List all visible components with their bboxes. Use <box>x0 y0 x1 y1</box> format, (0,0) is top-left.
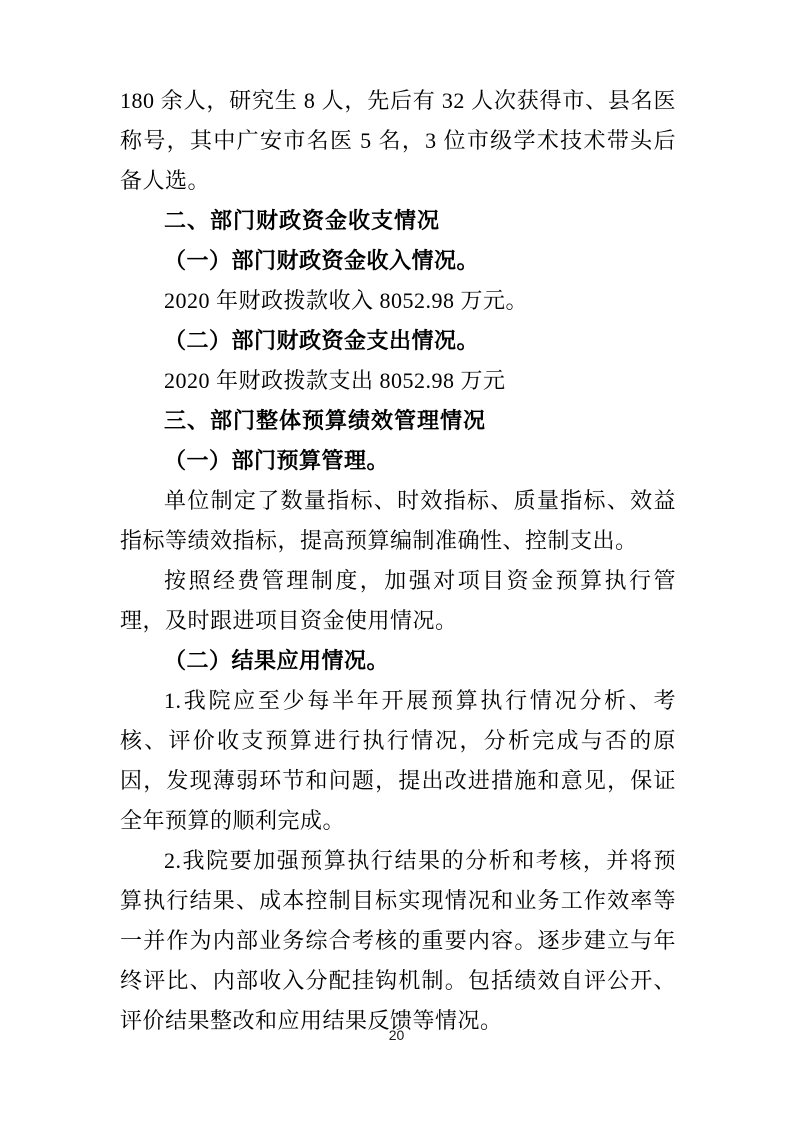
paragraph: 2020 年财政拨款收入 8052.98 万元。 <box>120 281 676 321</box>
paragraph: 180 余人，研究生 8 人，先后有 32 人次获得市、县名医称号，其中广安市名… <box>120 81 676 201</box>
paragraph: 1.我院应至少每半年开展预算执行情况分析、考核、评价收支预算进行执行情况，分析完… <box>120 681 676 841</box>
document-page: 180 余人，研究生 8 人，先后有 32 人次获得市、县名医称号，其中广安市名… <box>0 0 793 1122</box>
document-body: 180 余人，研究生 8 人，先后有 32 人次获得市、县名医称号，其中广安市名… <box>120 81 676 1041</box>
section-heading: 二、部门财政资金收支情况 <box>120 201 676 241</box>
paragraph: 2.我院要加强预算执行结果的分析和考核，并将预算执行结果、成本控制目标实现情况和… <box>120 841 676 1041</box>
paragraph: 单位制定了数量指标、时效指标、质量指标、效益指标等绩效指标，提高预算编制准确性、… <box>120 481 676 561</box>
paragraph: 2020 年财政拨款支出 8052.98 万元 <box>120 361 676 401</box>
page-number: 20 <box>0 1028 793 1042</box>
paragraph: 按照经费管理制度，加强对项目资金预算执行管理，及时跟进项目资金使用情况。 <box>120 561 676 641</box>
subsection-heading: （二）部门财政资金支出情况。 <box>120 321 676 361</box>
section-heading: 三、部门整体预算绩效管理情况 <box>120 401 676 441</box>
subsection-heading: （一）部门预算管理。 <box>120 441 676 481</box>
subsection-heading: （一）部门财政资金收入情况。 <box>120 241 676 281</box>
subsection-heading: （二）结果应用情况。 <box>120 641 676 681</box>
